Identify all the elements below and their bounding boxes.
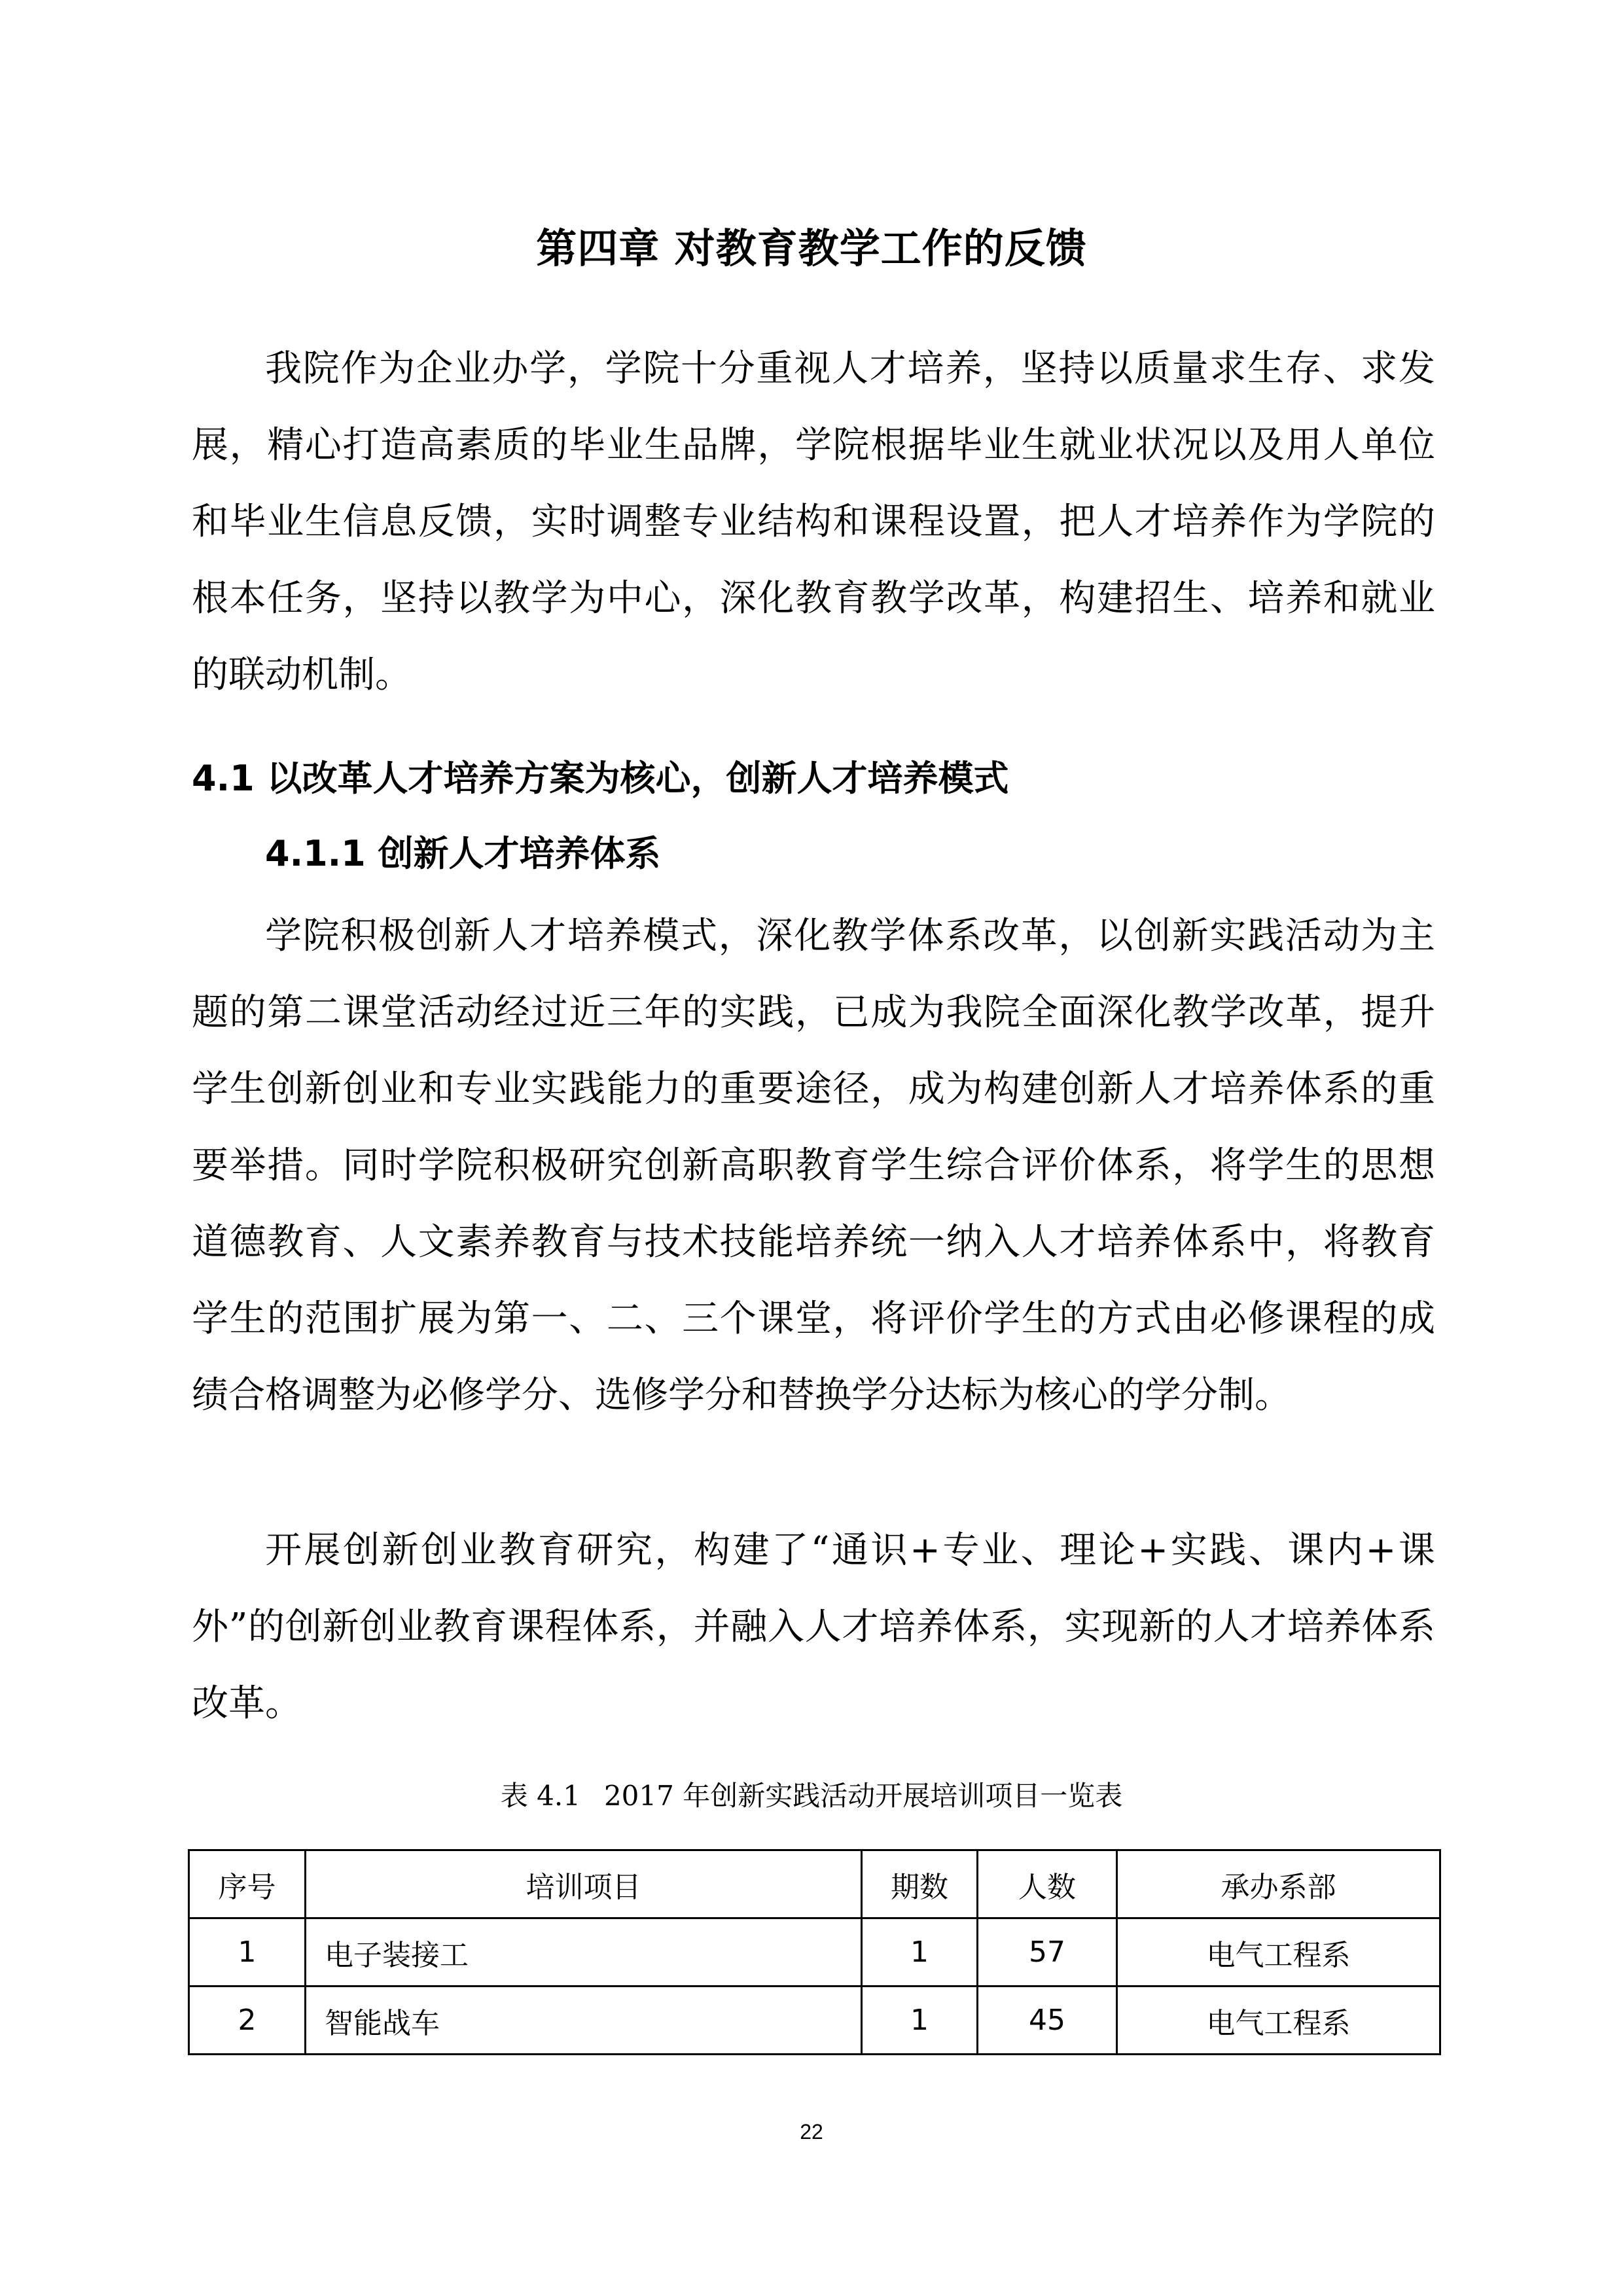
cell-project: 电子装接工 (306, 1918, 862, 1987)
cell-index: 1 (189, 1918, 306, 1987)
section-heading-4-1: 4.1 以改革人才培养方案为核心，创新人才培养模式 (192, 751, 1008, 801)
cell-department: 电气工程系 (1117, 1918, 1440, 1987)
cell-project: 智能战车 (306, 1987, 862, 2055)
table-caption-text: 2017 年创新实践活动开展培训项目一览表 (604, 1780, 1122, 1812)
header-department: 承办系部 (1117, 1850, 1440, 1918)
cell-index: 2 (189, 1987, 306, 2055)
table-row: 2 智能战车 1 45 电气工程系 (189, 1987, 1440, 2055)
cell-people: 57 (978, 1918, 1117, 1987)
cell-people: 45 (978, 1987, 1117, 2055)
cell-department: 电气工程系 (1117, 1987, 1440, 2055)
page-number: 22 (0, 2120, 1623, 2144)
header-sessions: 期数 (862, 1850, 978, 1918)
training-projects-table: 序号 培训项目 期数 人数 承办系部 1 电子装接工 1 57 电气工程系 2 … (188, 1849, 1441, 2055)
subsection-heading-4-1-1: 4.1.1 创新人才培养体系 (265, 826, 661, 876)
header-people: 人数 (978, 1850, 1117, 1918)
document-page: 第四章 对教育教学工作的反馈 我院作为企业办学，学院十分重视人才培养，坚持以质量… (0, 0, 1623, 2296)
table-header-row: 序号 培训项目 期数 人数 承办系部 (189, 1850, 1440, 1918)
chapter-title: 第四章 对教育教学工作的反馈 (0, 216, 1623, 274)
header-index: 序号 (189, 1850, 306, 1918)
table-caption-number: 表 4.1 (501, 1780, 580, 1812)
body-paragraph-2: 开展创新创业教育研究，构建了“通识+专业、理论+实践、课内+课外”的创新创业教育… (192, 1512, 1435, 1742)
header-project: 培训项目 (306, 1850, 862, 1918)
table-caption: 表 4.12017 年创新实践活动开展培训项目一览表 (0, 1775, 1623, 1814)
body-paragraph-1: 学院积极创新人才培养模式，深化教学体系改革，以创新实践活动为主题的第二课堂活动经… (192, 898, 1435, 1434)
table-row: 1 电子装接工 1 57 电气工程系 (189, 1918, 1440, 1987)
cell-sessions: 1 (862, 1987, 978, 2055)
intro-paragraph: 我院作为企业办学，学院十分重视人才培养，坚持以质量求生存、求发展，精心打造高素质… (192, 330, 1435, 713)
cell-sessions: 1 (862, 1918, 978, 1987)
